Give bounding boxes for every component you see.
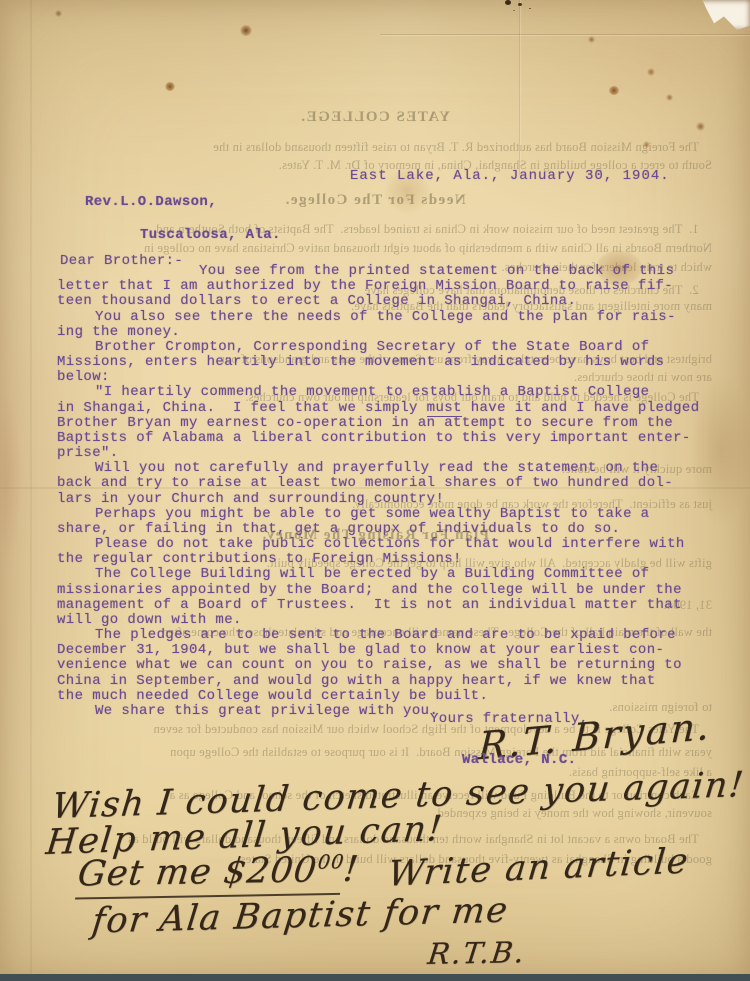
typed-line: lars in your Church and surrounding coun… [57,492,742,507]
typed-line: Please do not take public collections fo… [57,537,742,552]
typed-line: the much needed College would certainly … [57,689,742,704]
typed-line: will go down with me. [57,613,742,628]
signature-place: Wallace, N.C. [462,752,576,768]
typed-line: ing the money. [57,325,742,340]
rust-spot [666,94,673,101]
typed-line: Perhaps you might be able to get some we… [57,507,742,522]
ink-specks [505,0,511,5]
bleed-line: The Foreign Mission Board has authorized… [0,140,750,154]
typed-line: Missions, enters heartily into the movem… [57,355,742,370]
typed-line: back and try to raise at least two memor… [57,476,742,491]
rust-spot [643,141,650,148]
recipient-city: Tuscaloosa, Ala. [140,227,281,243]
rust-spot [696,122,705,131]
rust-spot [647,68,655,76]
rust-spot [165,82,175,91]
typed-line: venience what we can count on you to rai… [57,658,742,673]
typed-line: You also see there the needs of the Coll… [57,310,742,325]
scan-edge [0,974,750,981]
typed-line: The College Building will be erected by … [57,567,742,582]
bleed-line: YATES COLLEGE. [0,110,750,124]
bleed-line: 1. The greatest need of our mission work… [0,222,750,236]
rust-spot [55,10,62,17]
letter-body: You see from the printed statement on th… [57,264,742,719]
rust-spot [588,36,595,43]
torn-corner [692,0,750,30]
rust-spot [609,86,619,95]
typed-line: prise". [57,446,742,461]
fold-crease [380,34,750,35]
typed-line: China in September, and would go with a … [57,674,742,689]
postscript-line-3-underlined: Get me $20000! [76,850,361,895]
typed-line: share, or failing in that, get a groupx … [57,522,742,537]
fold-crease [519,0,520,175]
typed-line: You see from the printed statement on th… [57,264,742,279]
postscript-initials: R.T.B. [426,935,528,971]
typed-line: teen thousand dollars to erect a College… [57,294,742,309]
rust-spot [240,25,252,36]
typed-line: Brother Crompton, Corresponding Secretar… [57,340,742,355]
typed-line: missionaries appointed by the Board; and… [57,583,742,598]
dateline: East Lake, Ala., January 30, 1904. [350,168,670,184]
typed-line: Brother Bryan my earnest co-operation in… [57,416,742,431]
letter-page: YATES COLLEGE. The Foreign Mission Board… [0,0,750,981]
stain-blotch [0,395,22,565]
recipient-name: Rev.L.O.Dawson, [85,194,217,210]
typed-line: Baptists of Alabama a liberal contributi… [57,431,742,446]
typed-line: in Shangai, China. I feel that we simply… [57,401,742,416]
underlined-amount: Get me $20000 [75,850,346,900]
typed-line: management of a Board of Trustees. It is… [57,598,742,613]
fold-crease [30,0,32,981]
typed-line: "I heartily commend the movement to esta… [57,385,742,400]
